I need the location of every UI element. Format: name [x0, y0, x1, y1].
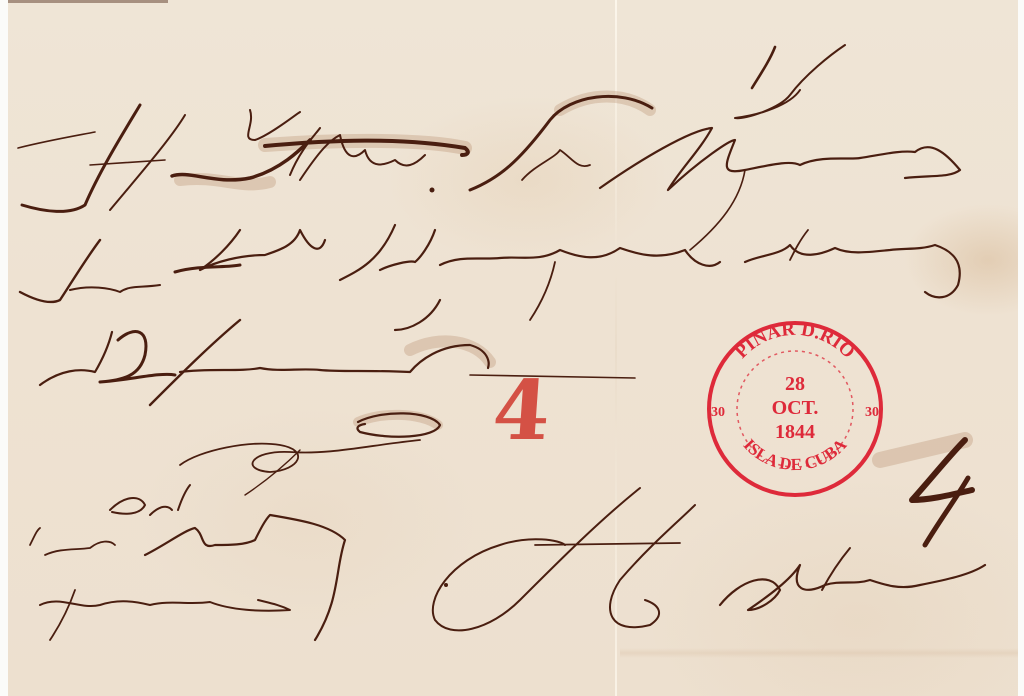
postmark-town: PINAR D.RIO: [731, 319, 859, 363]
postmark-day: 28: [785, 373, 805, 395]
postmark-side-left: 30: [711, 405, 725, 420]
postmark-month: OCT.: [772, 397, 819, 419]
postmark-pinar-del-rio: PINAR D.RIO ISLA DE CUBA 28 OCT. 1844 30…: [704, 318, 886, 500]
red-rate-mark: 4: [490, 370, 553, 452]
postmark-year: 1844: [775, 421, 815, 443]
postmark-side-right: 30: [865, 405, 879, 420]
